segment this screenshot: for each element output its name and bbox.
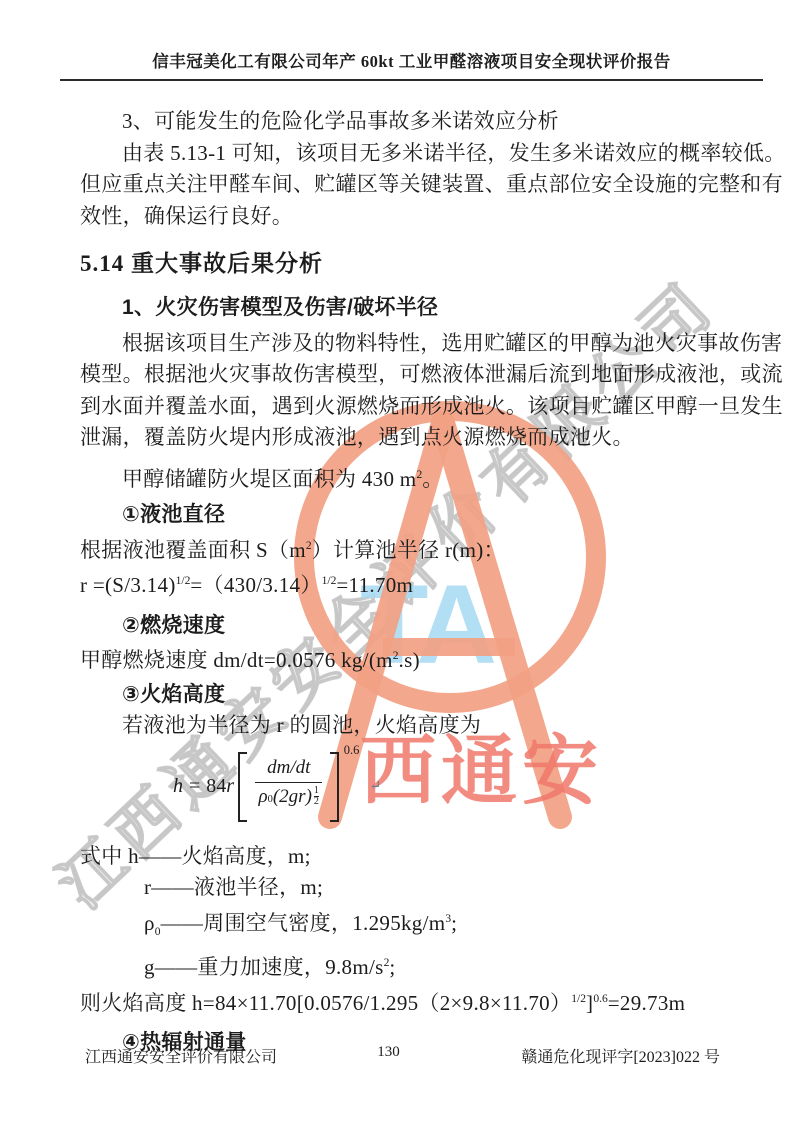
paragraph-line: 但应重点关注甲醛车间、贮罐区等关键装置、重点部位安全设施的完整和有 [80, 169, 770, 201]
left-bracket [238, 752, 247, 822]
outer-exponent: 0.6 [344, 743, 360, 758]
page-header: 信丰冠美化工有限公司年产 60kt 工业甲醛溶液项目安全现状评价报告 [60, 48, 763, 81]
rho-symbol: ρ [259, 786, 268, 808]
half-exponent: 12 [314, 786, 319, 807]
paragraph-line: 若液池为半径为 r 的圆池，火焰高度为 [80, 710, 770, 742]
half-exp-denominator: 2 [314, 796, 319, 807]
formula-r: r [226, 775, 234, 798]
fraction-denominator: ρ0(2gr)12 [259, 783, 319, 816]
page-footer: 江西通安安全评价有限公司 130 赣通危化现评字[2023]022 号 [85, 1044, 720, 1067]
symbol-definition-line: ρ0——周围空气密度，1.295kg/m3; [80, 904, 770, 949]
paren-2gr: (2gr) [273, 786, 312, 808]
page-number: 130 [85, 1044, 692, 1061]
paragraph-line: 由表 5.13-1 可知，该项目无多米诺半径，发生多米诺效应的概率较低。 [80, 138, 770, 170]
item-heading-pool-diameter: ①液池直径 [80, 499, 770, 531]
paragraph-return-mark: ↵ [369, 778, 381, 795]
right-bracket [330, 752, 339, 822]
paragraph-line: 模型。根据池火灾事故伤害模型，可燃液体泄漏后流到地面形成液池，或流 [80, 359, 770, 391]
paragraph-line: 3、可能发生的危险化学品事故多米诺效应分析 [80, 106, 770, 138]
symbol-definition-line: g——重力加速度，9.8m/s2; [80, 948, 770, 984]
formula-h: h [173, 775, 183, 798]
formula-coefficient: 84 [206, 775, 226, 798]
document-body: 3、可能发生的危险化学品事故多米诺效应分析 由表 5.13-1 可知，该项目无多… [80, 106, 770, 1059]
symbol-definition-line: r——液池半径，m; [80, 872, 770, 904]
paragraph-line: 效性，确保运行良好。 [80, 201, 770, 233]
report-title: 信丰冠美化工有限公司年产 60kt 工业甲醛溶液项目安全现状评价报告 [152, 52, 670, 71]
paragraph-line: 根据液池覆盖面积 S（m2）计算池半径 r(m)： [80, 531, 770, 567]
paragraph-line: 到水面并覆盖水面，遇到火源燃烧而形成池火。该项目贮罐区甲醇一旦发生 [80, 391, 770, 423]
item-heading-burn-rate: ②燃烧速度 [80, 610, 770, 642]
section-heading-5-14: 5.14 重大事故后果分析 [80, 246, 770, 282]
half-exp-numerator: 1 [314, 786, 319, 796]
fraction-numerator: dm/dt [255, 757, 322, 783]
paragraph-line: 泄漏，覆盖防火堤内形成液池，遇到点火源燃烧而成池火。 [80, 422, 770, 454]
paragraph-line: 甲醇储罐防火堤区面积为 430 m2。 [80, 460, 770, 496]
subsection-heading-fire-model: 1、火灾伤害模型及伤害/破坏半径 [80, 292, 770, 324]
symbol-definition-line: 式中 h——火焰高度，m; [80, 841, 770, 873]
formula-fraction: dm/dt ρ0(2gr)12 [255, 757, 322, 816]
formula-bracket-group: dm/dt ρ0(2gr)12 0.6 [238, 752, 339, 822]
equation-line-radius: r =(S/3.14)1/2=（430/3.14）1/2=11.70m [80, 566, 770, 602]
document-page: 江西通安安全评价有限公司 TA 西通安 信丰冠美化工有限公司年产 60kt 工业… [0, 0, 800, 1131]
formula-equals: = [189, 775, 200, 798]
flame-height-formula: h = 84 r dm/dt ρ0(2gr)12 0.6 ↵ [173, 749, 770, 825]
equation-line-burn-rate: 甲醇燃烧速度 dm/dt=0.0576 kg/(m2.s) [80, 641, 770, 677]
item-heading-flame-height: ③火焰高度 [80, 679, 770, 711]
paragraph-line: 根据该项目生产涉及的物料特性，选用贮罐区的甲醇为池火灾事故伤害 [80, 328, 770, 360]
equation-line-flame-height-result: 则火焰高度 h=84×11.70[0.0576/1.295（2×9.8×11.7… [80, 984, 770, 1020]
